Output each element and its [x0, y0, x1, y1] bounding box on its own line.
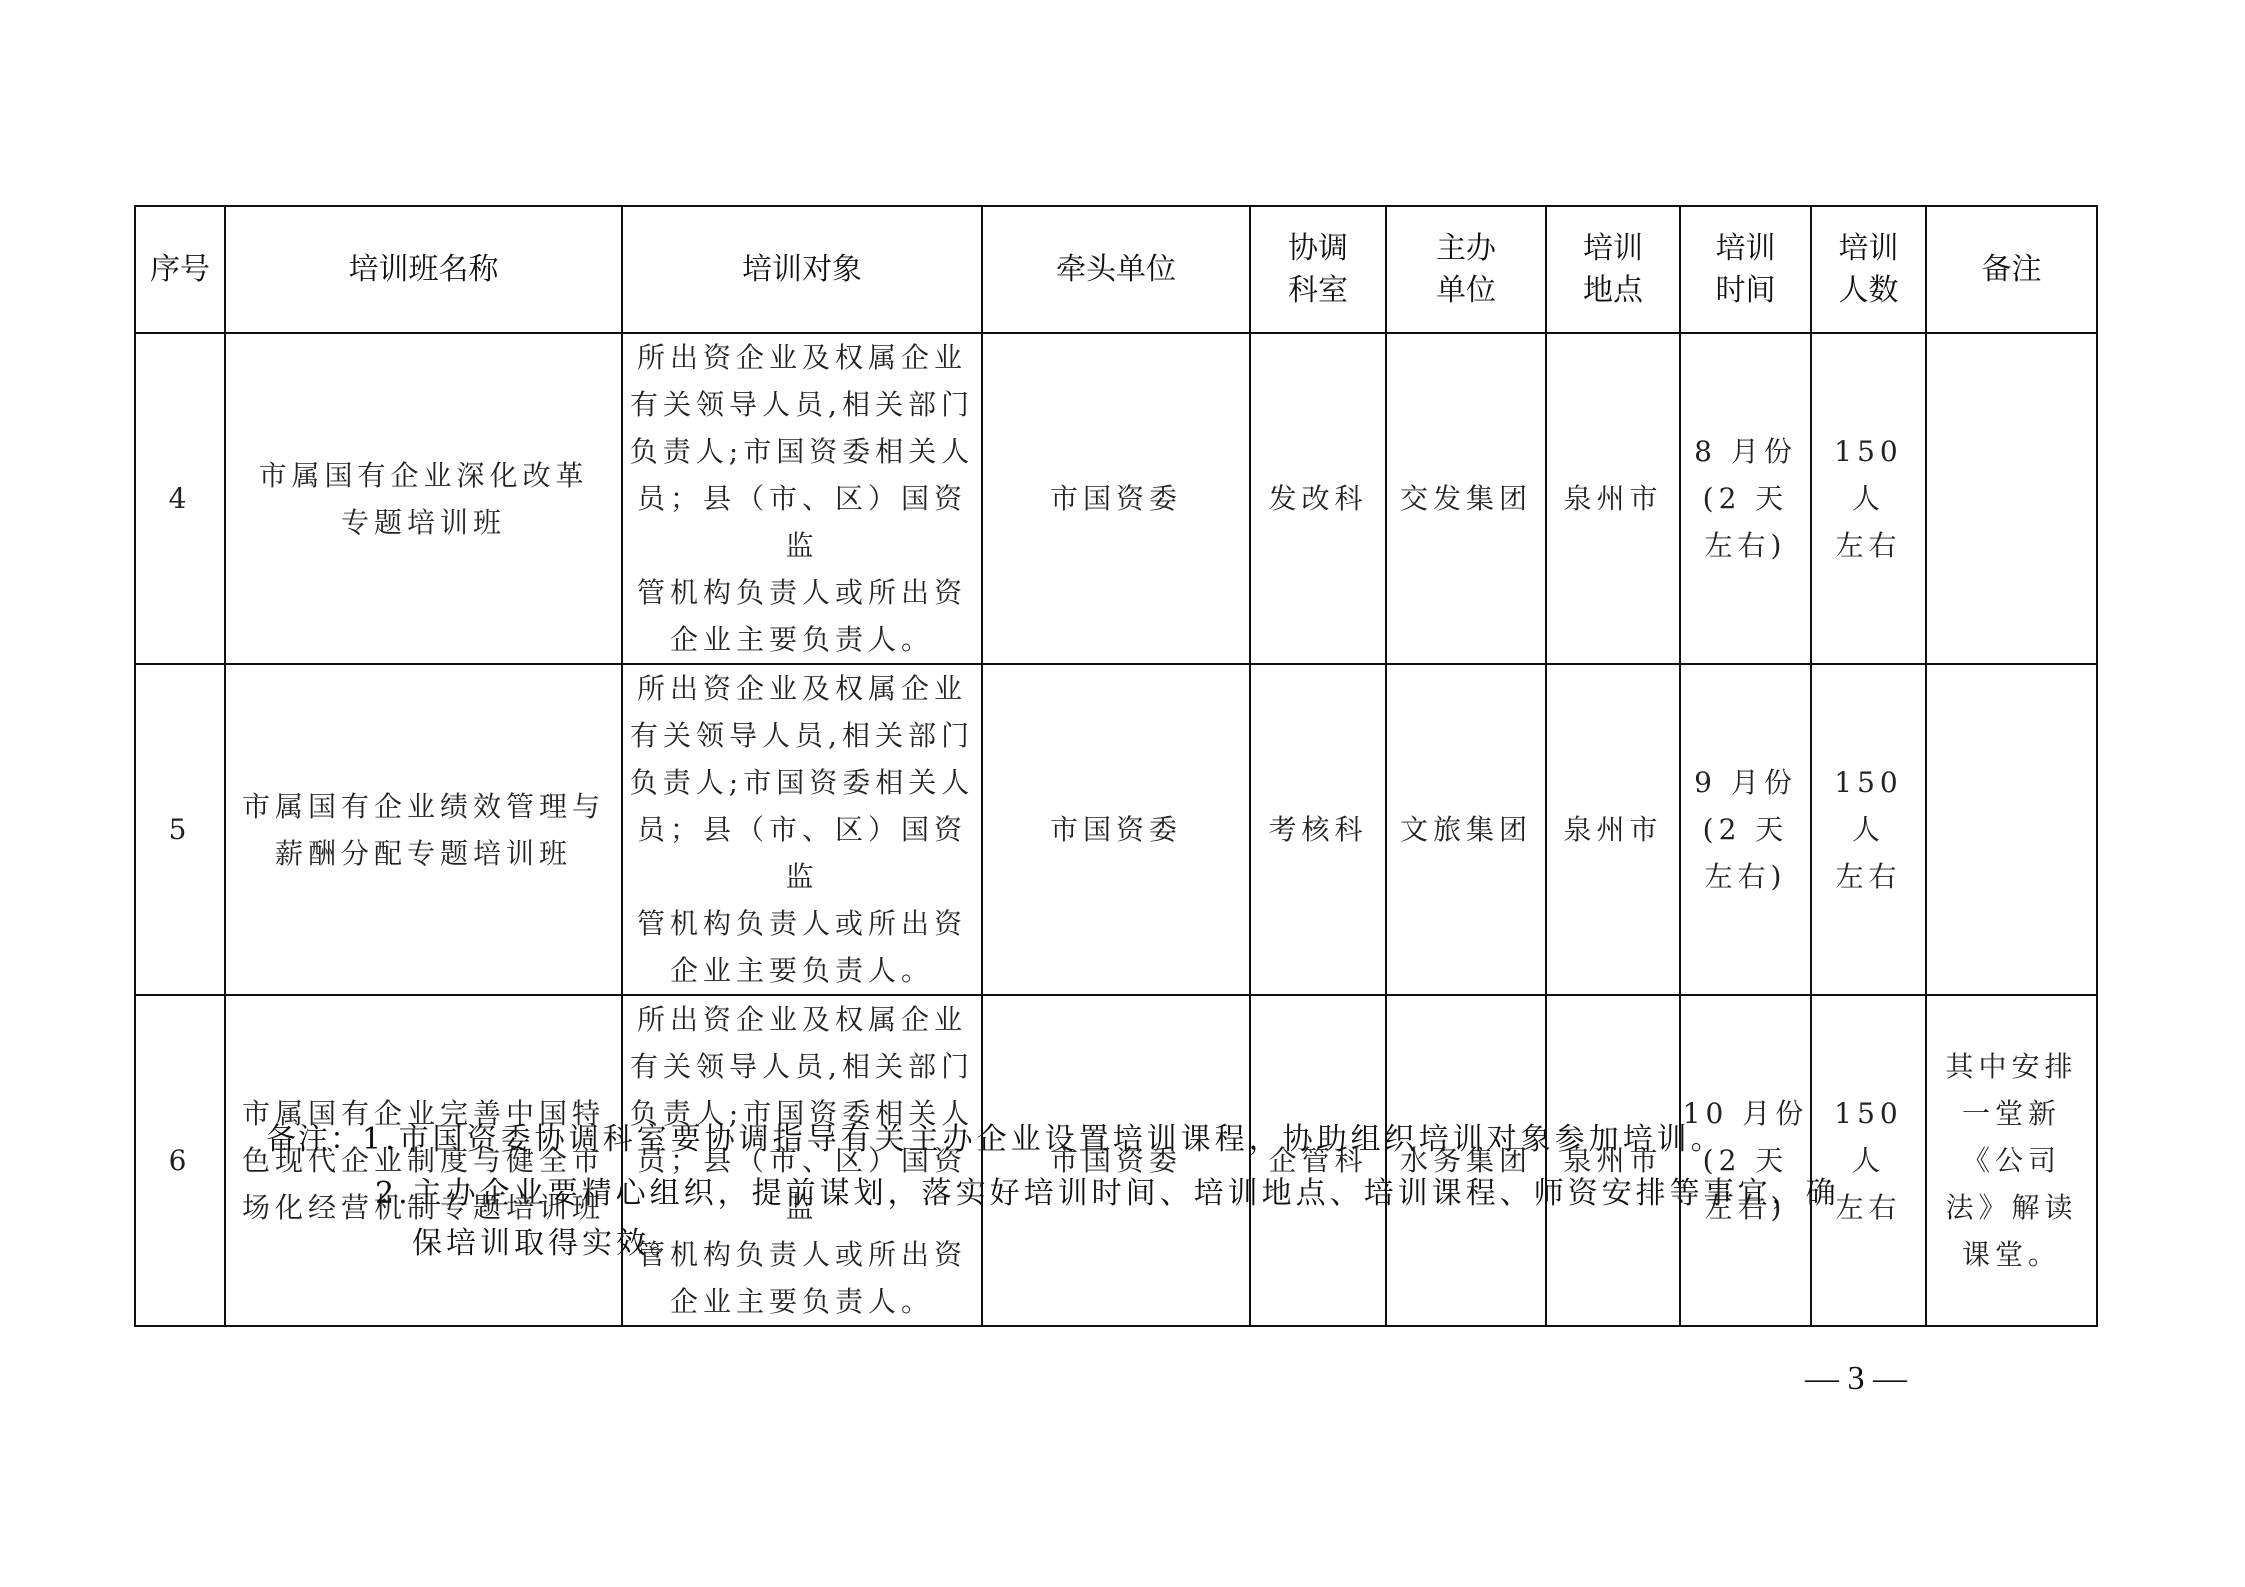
cell-coord-dept: 考核科 [1250, 664, 1386, 995]
cell-coord-dept: 企管科 [1250, 995, 1386, 1326]
cell-lead-unit: 市国资委 [982, 995, 1250, 1326]
footnote-item-1: 1.市国资委协调科室要协调指导有关主办企业设置培训课程，协助组织培训对象参加培训… [362, 1122, 1725, 1157]
table-row: 6 市属国有企业完善中国特 色现代企业制度与健全市 场化经营机制专题培训班 所出… [135, 995, 2097, 1326]
cell-trainees: 所出资企业及权属企业 有关领导人员,相关部门 负责人;市国资委相关人 员；县（市… [622, 995, 982, 1326]
cell-trainees: 所出资企业及权属企业 有关领导人员,相关部门 负责人;市国资委相关人 员；县（市… [622, 333, 982, 664]
header-trainees: 培训对象 [622, 206, 982, 333]
training-plan-table: 序号 培训班名称 培训对象 牵头单位 协调科室 主办单位 培训地点 培训时间 培… [134, 205, 2098, 1327]
cell-no: 6 [135, 995, 225, 1326]
footnote-label: 备注： [266, 1122, 362, 1157]
header-host-unit: 主办单位 [1386, 206, 1546, 333]
header-people: 培训人数 [1811, 206, 1926, 333]
footnote-item-2: 2.主办企业要精心组织，提前谋划，落实好培训时间、培训地点、培训课程、师资安排等… [375, 1168, 1840, 1212]
cell-no: 5 [135, 664, 225, 995]
cell-location: 泉州市 [1546, 995, 1680, 1326]
header-location: 培训地点 [1546, 206, 1680, 333]
cell-host-unit: 文旅集团 [1386, 664, 1546, 995]
header-coord-dept: 协调科室 [1250, 206, 1386, 333]
cell-course-name: 市属国有企业绩效管理与 薪酬分配专题培训班 [225, 664, 622, 995]
cell-no: 4 [135, 333, 225, 664]
cell-location: 泉州市 [1546, 664, 1680, 995]
header-notes: 备注 [1926, 206, 2097, 333]
cell-course-name: 市属国有企业深化改革 专题培训班 [225, 333, 622, 664]
header-time: 培训时间 [1680, 206, 1811, 333]
header-course-name: 培训班名称 [225, 206, 622, 333]
cell-notes [1926, 333, 2097, 664]
cell-lead-unit: 市国资委 [982, 664, 1250, 995]
cell-host-unit: 水务集团 [1386, 995, 1546, 1326]
document-page: 序号 培训班名称 培训对象 牵头单位 协调科室 主办单位 培训地点 培训时间 培… [0, 0, 2245, 1587]
cell-time: 10 月份 (2 天 左右) [1680, 995, 1811, 1326]
cell-people: 150 人 左右 [1811, 333, 1926, 664]
table-row: 5 市属国有企业绩效管理与 薪酬分配专题培训班 所出资企业及权属企业 有关领导人… [135, 664, 2097, 995]
cell-trainees: 所出资企业及权属企业 有关领导人员,相关部门 负责人;市国资委相关人 员；县（市… [622, 664, 982, 995]
cell-course-name: 市属国有企业完善中国特 色现代企业制度与健全市 场化经营机制专题培训班 [225, 995, 622, 1326]
header-no: 序号 [135, 206, 225, 333]
cell-people: 150 人 左右 [1811, 995, 1926, 1326]
header-lead-unit: 牵头单位 [982, 206, 1250, 333]
cell-time: 9 月份 (2 天 左右) [1680, 664, 1811, 995]
table-header-row: 序号 培训班名称 培训对象 牵头单位 协调科室 主办单位 培训地点 培训时间 培… [135, 206, 2097, 333]
cell-notes [1926, 664, 2097, 995]
table-row: 4 市属国有企业深化改革 专题培训班 所出资企业及权属企业 有关领导人员,相关部… [135, 333, 2097, 664]
footnote-item-2-continued: 保培训取得实效。 [412, 1218, 684, 1262]
cell-time: 8 月份 (2 天 左右) [1680, 333, 1811, 664]
cell-coord-dept: 发改科 [1250, 333, 1386, 664]
cell-notes: 其中安排 一堂新 《公司 法》解读 课堂。 [1926, 995, 2097, 1326]
cell-location: 泉州市 [1546, 333, 1680, 664]
cell-lead-unit: 市国资委 [982, 333, 1250, 664]
cell-host-unit: 交发集团 [1386, 333, 1546, 664]
page-number: — 3 — [1798, 1360, 1914, 1398]
cell-people: 150 人 左右 [1811, 664, 1926, 995]
footnote-line-1: 备注：1.市国资委协调科室要协调指导有关主办企业设置培训课程，协助组织培训对象参… [266, 1114, 1725, 1158]
